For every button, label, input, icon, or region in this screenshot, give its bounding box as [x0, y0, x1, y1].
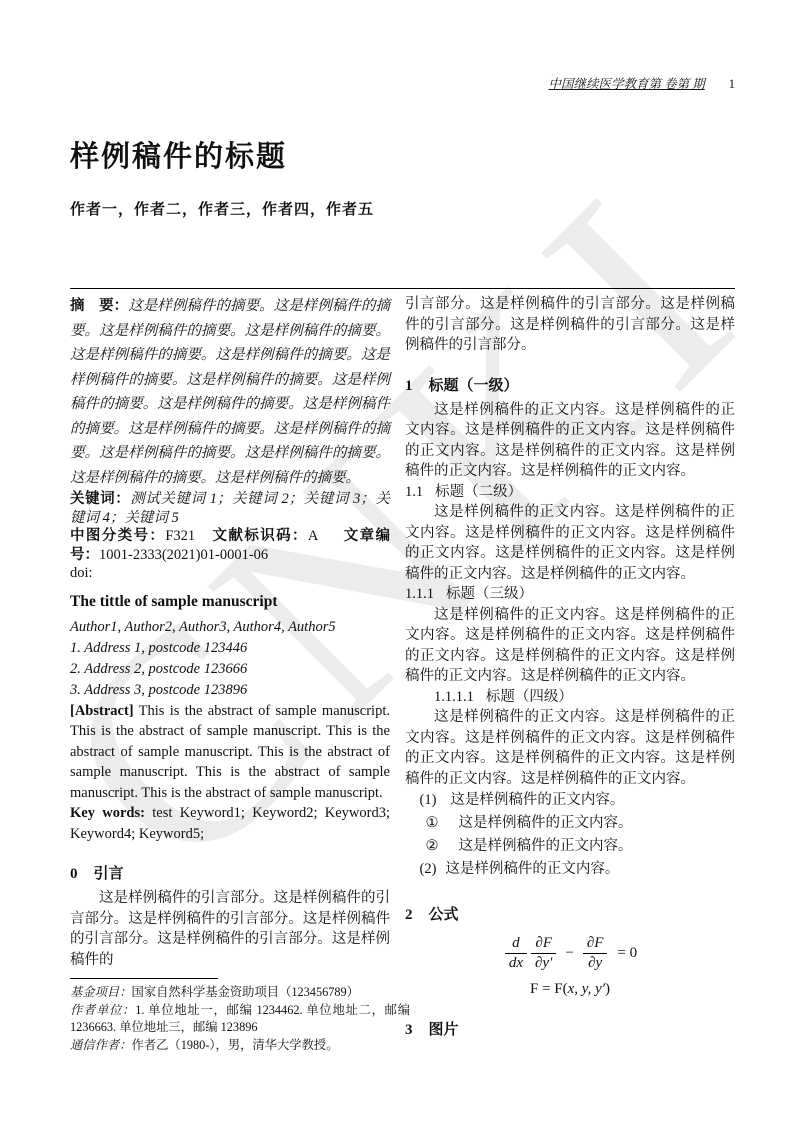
doi-line: doi:	[70, 564, 390, 583]
fraction-denominator: ∂y	[583, 954, 608, 972]
corresponding-author-note: 通信作者：作者乙（1980-），男，清华大学教授。	[70, 1037, 410, 1055]
subsection-1-1-1-1-paragraph: 这是样例稿件的正文内容。这是样例稿件的正文内容。这是样例稿件的正文内容。这是样例…	[405, 707, 735, 789]
intro-paragraph-left: 这是样例稿件的引言部分。这是样例稿件的引言部分。这是样例稿件的引言部分。这是样例…	[70, 888, 390, 970]
article-title: 样例稿件的标题	[70, 134, 287, 175]
cn-keywords-label: 关键词：	[70, 491, 130, 507]
english-keywords-label: Key words:	[70, 805, 145, 821]
list-marker: (1)	[420, 789, 437, 812]
cn-abstract-text: 这是样例稿件的摘要。这是样例稿件的摘要。这是样例稿件的摘要。这是样例稿件的摘要。…	[70, 298, 390, 486]
subsection-heading-1-1-1-1: 1.1.1.1标题（四级）	[405, 687, 735, 708]
english-address-2: 2. Address 2, postcode 123666	[70, 659, 390, 680]
clc-line: 中图分类号：F321文献标识码：A文章编号：1001-2333(2021)01-…	[70, 527, 390, 564]
subsection-1-1-paragraph: 这是样例稿件的正文内容。这是样例稿件的正文内容。这是样例稿件的正文内容。这是样例…	[405, 502, 735, 584]
list-text: 这是样例稿件的正文内容。	[445, 861, 619, 877]
doc-code-value: A	[308, 528, 318, 544]
corresponding-label: 通信作者：	[70, 1038, 132, 1052]
two-column-body: 摘 要：这是样例稿件的摘要。这是样例稿件的摘要。这是样例稿件的摘要。这是样例稿件…	[70, 294, 735, 1044]
section-2-title: 公式	[429, 906, 459, 923]
cn-keywords: 关键词：测试关键词 1；关键词 2；关键词 3；关键词 4；关键词 5	[70, 490, 390, 527]
clc-value: F321	[165, 528, 195, 544]
fund-note: 基金项目：国家自然科学基金资助项目（123456789）	[70, 984, 410, 1002]
section-2-number: 2	[405, 907, 413, 923]
english-authors: Author1, Author2, Author3, Author4, Auth…	[70, 617, 390, 638]
fund-text: 国家自然科学基金资助项目（123456789）	[132, 985, 360, 999]
article-no-value: 1001-2333(2021)01-0001-06	[99, 547, 268, 563]
cn-abstract: 摘 要：这是样例稿件的摘要。这是样例稿件的摘要。这是样例稿件的摘要。这是样例稿件…	[70, 294, 390, 490]
section-1-number: 1	[405, 378, 413, 394]
running-header: 中国继续医学教育第 卷第 期1	[70, 74, 735, 92]
section-heading-0: 0引言	[70, 864, 390, 884]
numbered-list: (1)这是样例稿件的正文内容。 ①这是样例稿件的正文内容。 ②这是样例稿件的正文…	[405, 789, 735, 881]
minus-operator: −	[565, 945, 573, 961]
list-item: (1)这是样例稿件的正文内容。	[405, 789, 735, 812]
section-3-title: 图片	[429, 1021, 459, 1038]
article-authors: 作者一，作者二，作者三，作者四，作者五	[70, 198, 374, 219]
corresponding-text: 作者乙（1980-），男，清华大学教授。	[132, 1038, 339, 1052]
affiliation-label: 作者单位：	[70, 1003, 135, 1017]
fraction-dF-dy: ∂F∂y	[583, 935, 608, 972]
subsection-1-1-1-title: 标题（三级）	[446, 586, 533, 602]
page-number: 1	[729, 77, 735, 91]
affiliation-note: 作者单位：1. 单位地址一，邮编 1234462. 单位地址二，邮编 12366…	[70, 1002, 410, 1037]
section-heading-3: 3图片	[405, 1020, 735, 1040]
list-text: 这是样例稿件的正文内容。	[459, 838, 633, 854]
fraction-denominator: dx	[505, 954, 527, 972]
subsection-1-1-1-paragraph: 这是样例稿件的正文内容。这是样例稿件的正文内容。这是样例稿件的正文内容。这是样例…	[405, 605, 735, 687]
fraction-d-dx: ddx	[505, 935, 527, 972]
english-abstract: [Abstract] This is the abstract of sampl…	[70, 701, 390, 804]
list-marker: ①	[426, 812, 439, 835]
fraction-numerator: ∂F	[531, 935, 556, 954]
fraction-denominator: ∂y′	[531, 954, 556, 972]
header-divider	[70, 288, 735, 289]
section-1-paragraph: 这是样例稿件的正文内容。这是样例稿件的正文内容。这是样例稿件的正文内容。这是样例…	[405, 400, 735, 482]
equals-zero: = 0	[617, 945, 637, 961]
clc-label: 中图分类号：	[70, 528, 165, 544]
list-text: 这是样例稿件的正文内容。	[450, 792, 624, 808]
euler-lagrange-formula: ddx∂F∂y′−∂F∂y= 0	[405, 935, 735, 972]
english-keywords: Key words: test Keyword1; Keyword2; Keyw…	[70, 803, 390, 844]
list-marker: ②	[426, 835, 439, 858]
subsection-1-1-number: 1.1	[405, 484, 423, 500]
section-0-title: 引言	[94, 865, 124, 882]
english-abstract-label: [Abstract]	[70, 703, 134, 719]
list-item: (2)这是样例稿件的正文内容。	[405, 858, 735, 881]
section-1-title: 标题（一级）	[429, 377, 519, 394]
list-marker: (2)	[420, 858, 437, 881]
cn-abstract-label: 摘 要：	[70, 298, 128, 314]
subsection-1-1-title: 标题（二级）	[435, 484, 522, 500]
english-address-1: 1. Address 1, postcode 123446	[70, 638, 390, 659]
subsection-heading-1-1-1: 1.1.1标题（三级）	[405, 584, 735, 605]
fraction-numerator: ∂F	[583, 935, 608, 954]
footnotes-block: 基金项目：国家自然科学基金资助项目（123456789） 作者单位：1. 单位地…	[70, 978, 410, 1054]
section-heading-1: 1标题（一级）	[405, 376, 735, 396]
formula-close-paren: )	[605, 981, 610, 997]
function-definition-formula: F = F(x, y, y′)	[405, 981, 735, 998]
english-address-3: 3. Address 3, postcode 123896	[70, 680, 390, 701]
section-heading-2: 2公式	[405, 905, 735, 925]
formula-variables: x, y, y′	[568, 981, 605, 997]
journal-name: 中国继续医学教育第 卷第 期	[548, 77, 704, 91]
fund-label: 基金项目：	[70, 985, 132, 999]
subsection-1-1-1-1-title: 标题（四级）	[486, 689, 573, 705]
right-column: 引言部分。这是样例稿件的引言部分。这是样例稿件的引言部分。这是样例稿件的引言部分…	[405, 294, 735, 1044]
fraction-dF-dyprime: ∂F∂y′	[531, 935, 556, 972]
list-item: ①这是样例稿件的正文内容。	[405, 812, 735, 835]
section-0-number: 0	[70, 866, 78, 882]
formula-lhs: F = F(	[530, 981, 568, 997]
list-text: 这是样例稿件的正文内容。	[459, 815, 633, 831]
left-column: 摘 要：这是样例稿件的摘要。这是样例稿件的摘要。这是样例稿件的摘要。这是样例稿件…	[70, 294, 390, 970]
subsection-1-1-1-number: 1.1.1	[405, 586, 434, 602]
document-page: CNKI 中国继续医学教育第 卷第 期1 样例稿件的标题 作者一，作者二，作者三…	[0, 0, 794, 1123]
footnote-rule	[70, 978, 218, 979]
fraction-numerator: d	[505, 935, 527, 954]
subsection-1-1-1-1-number: 1.1.1.1	[434, 689, 474, 705]
subsection-heading-1-1: 1.1标题（二级）	[405, 482, 735, 503]
english-title: The tittle of sample manuscript	[70, 592, 390, 612]
list-item: ②这是样例稿件的正文内容。	[405, 835, 735, 858]
intro-paragraph-continued: 引言部分。这是样例稿件的引言部分。这是样例稿件的引言部分。这是样例稿件的引言部分…	[405, 294, 735, 356]
doc-code-label: 文献标识码：	[211, 528, 308, 544]
